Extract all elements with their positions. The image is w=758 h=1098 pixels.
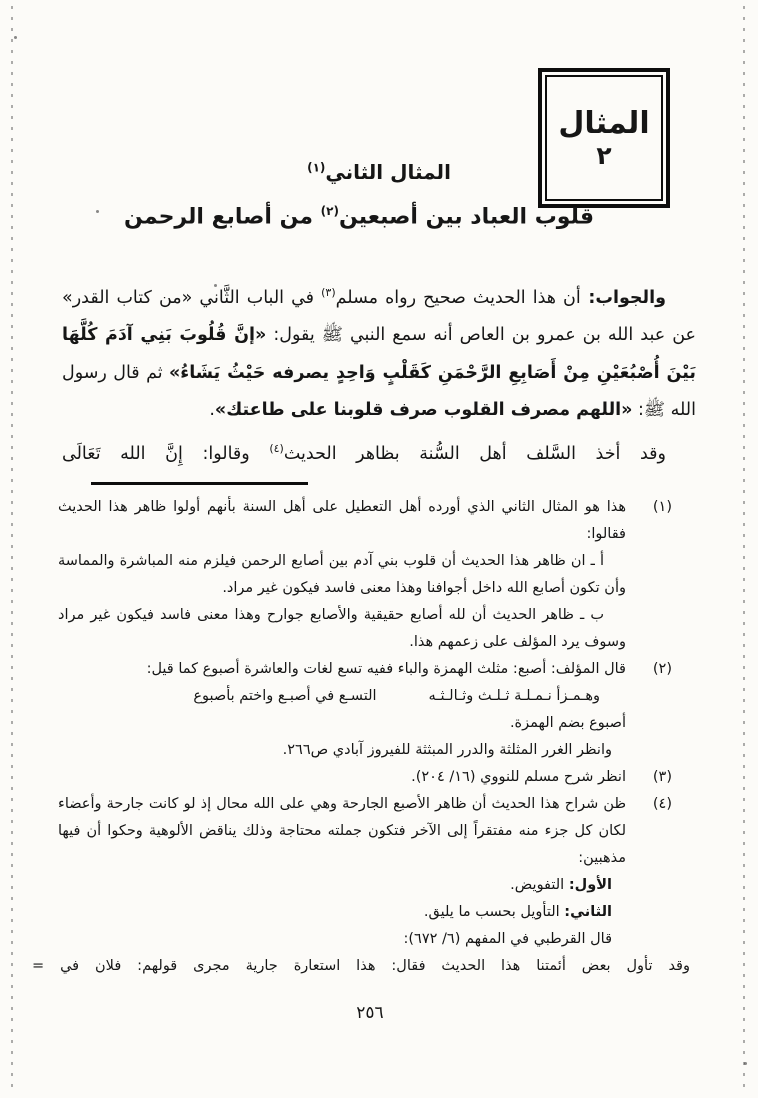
verse-line: وهـمـزأ نـمـلـة ثـلـث وثـالـثـه التسـع ف…	[58, 683, 600, 710]
footnote-ref-4: (٤)	[269, 442, 284, 455]
footnote-4-qurtubi: قال القرطبي في المفهم (٦/ ٦٧٢):	[58, 926, 612, 953]
section-heading-text: المثال الثاني	[325, 160, 451, 184]
footnotes-block: (١) هذا هو المثال الثاني الذي أورده أهل …	[58, 494, 698, 980]
second-view-text: التأويل بحسب ما يليق.	[424, 904, 564, 920]
footnote-4-marker: (٤)	[653, 791, 672, 818]
hadith-title-pre: قلوب العباد بين أصبعين	[339, 204, 594, 229]
footnote-1-marker: (١)	[653, 494, 672, 521]
answer-text: :	[632, 400, 643, 420]
paragraph-answer: والجواب: أن هذا الحديث صحيح رواه مسلم(٣)…	[62, 274, 696, 430]
verse-hemistich-left: التسـع في أصبـع واختم بأصبوع	[193, 683, 376, 710]
hadith-quote-2: «اللهم مصرف القلوب صرف قلوبنا على طاعتك»	[215, 400, 633, 420]
footnote-4-last-line: وقد تأول بعض أئمتنا هذا الحديث فقال: هذا…	[32, 953, 690, 980]
badge-title: المثال	[558, 109, 649, 139]
scan-edge-left-dots	[11, 6, 13, 1092]
first-view-text: التفويض.	[510, 877, 569, 893]
saw-honorific: ﷺ	[322, 325, 343, 345]
footnote-1-item-b: ب ـ ظاهر الحديث أن لله أصابع حقيقية والأ…	[58, 602, 626, 656]
footnote-4: (٤) ظن شراح هذا الحديث أن ظاهر الأصبع ال…	[58, 791, 698, 980]
footnote-ref-3: (٣)	[321, 286, 336, 299]
verse-hemistich-right: وهـمـزأ نـمـلـة ثـلـث وثـالـثـه	[429, 683, 600, 710]
heading-footnote-ref: (١)	[307, 160, 325, 174]
scan-speck	[14, 36, 17, 39]
footnote-separator-rule	[91, 482, 308, 485]
footnote-2-text: قال المؤلف: أصبع: مثلث الهمزة والباء ففي…	[58, 656, 626, 683]
footnote-3: (٣) انظر شرح مسلم للنووي (١٦/ ٢٠٤).	[58, 764, 698, 791]
footnote-2: (٢) قال المؤلف: أصبع: مثلث الهمزة والباء…	[58, 656, 698, 764]
subtitle-footnote-ref: (٢)	[321, 204, 339, 218]
footnote-1-text: هذا هو المثال الثاني الذي أورده أهل التع…	[58, 494, 626, 548]
scan-edge-right-dots	[743, 6, 745, 1092]
answer-text: يقول:	[266, 325, 321, 345]
main-text: والجواب: أن هذا الحديث صحيح رواه مسلم(٣)…	[62, 274, 696, 473]
footnote-3-text: انظر شرح مسلم للنووي (١٦/ ٢٠٤).	[58, 764, 626, 791]
salaf-text: وقد أخذ السَّلف أهل السُّنة بظاهر الحديث	[284, 444, 666, 464]
footnote-4-text: ظن شراح هذا الحديث أن ظاهر الأصبع الجارح…	[58, 791, 626, 872]
hadith-title: قلوب العباد بين أصبعين(٢) من أصابع الرحم…	[60, 204, 658, 229]
salaf-text: وقالوا: إِنَّ الله تَعَالَى	[62, 444, 269, 464]
example-number-box: المثال ٢	[538, 68, 670, 208]
footnote-2-line3: وانظر الغرر المثلثة والدرر المبثثة للفير…	[58, 737, 612, 764]
footnote-4-first-view: الأول: التفويض.	[58, 872, 612, 899]
section-heading: المثال الثاني(١)	[130, 160, 628, 184]
footnote-2-marker: (٢)	[653, 656, 672, 683]
scan-speck	[744, 1062, 747, 1065]
paragraph-salaf: وقد أخذ السَّلف أهل السُّنة بظاهر الحديث…	[62, 430, 696, 473]
page-number: ٢٥٦	[328, 1003, 412, 1023]
first-view-label: الأول:	[569, 877, 612, 893]
footnote-1: (١) هذا هو المثال الثاني الذي أورده أهل …	[58, 494, 698, 656]
saw-honorific: ﷺ	[644, 400, 665, 420]
book-page: المثال ٢ المثال الثاني(١) قلوب العباد بي…	[0, 0, 758, 1098]
footnote-4-second-view: الثاني: التأويل بحسب ما يليق.	[58, 899, 612, 926]
footnote-3-marker: (٣)	[653, 764, 672, 791]
footnote-1-item-a: أ ـ ان ظاهر هذا الحديث أن قلوب بني آدم ب…	[58, 548, 626, 602]
second-view-label: الثاني:	[564, 904, 612, 920]
footnote-2-line2: أصبوع بضم الهمزة.	[58, 710, 626, 737]
answer-text: أن هذا الحديث صحيح رواه مسلم	[336, 288, 581, 308]
hadith-title-post: من أصابع الرحمن	[124, 204, 321, 229]
answer-lead: والجواب:	[581, 288, 666, 308]
